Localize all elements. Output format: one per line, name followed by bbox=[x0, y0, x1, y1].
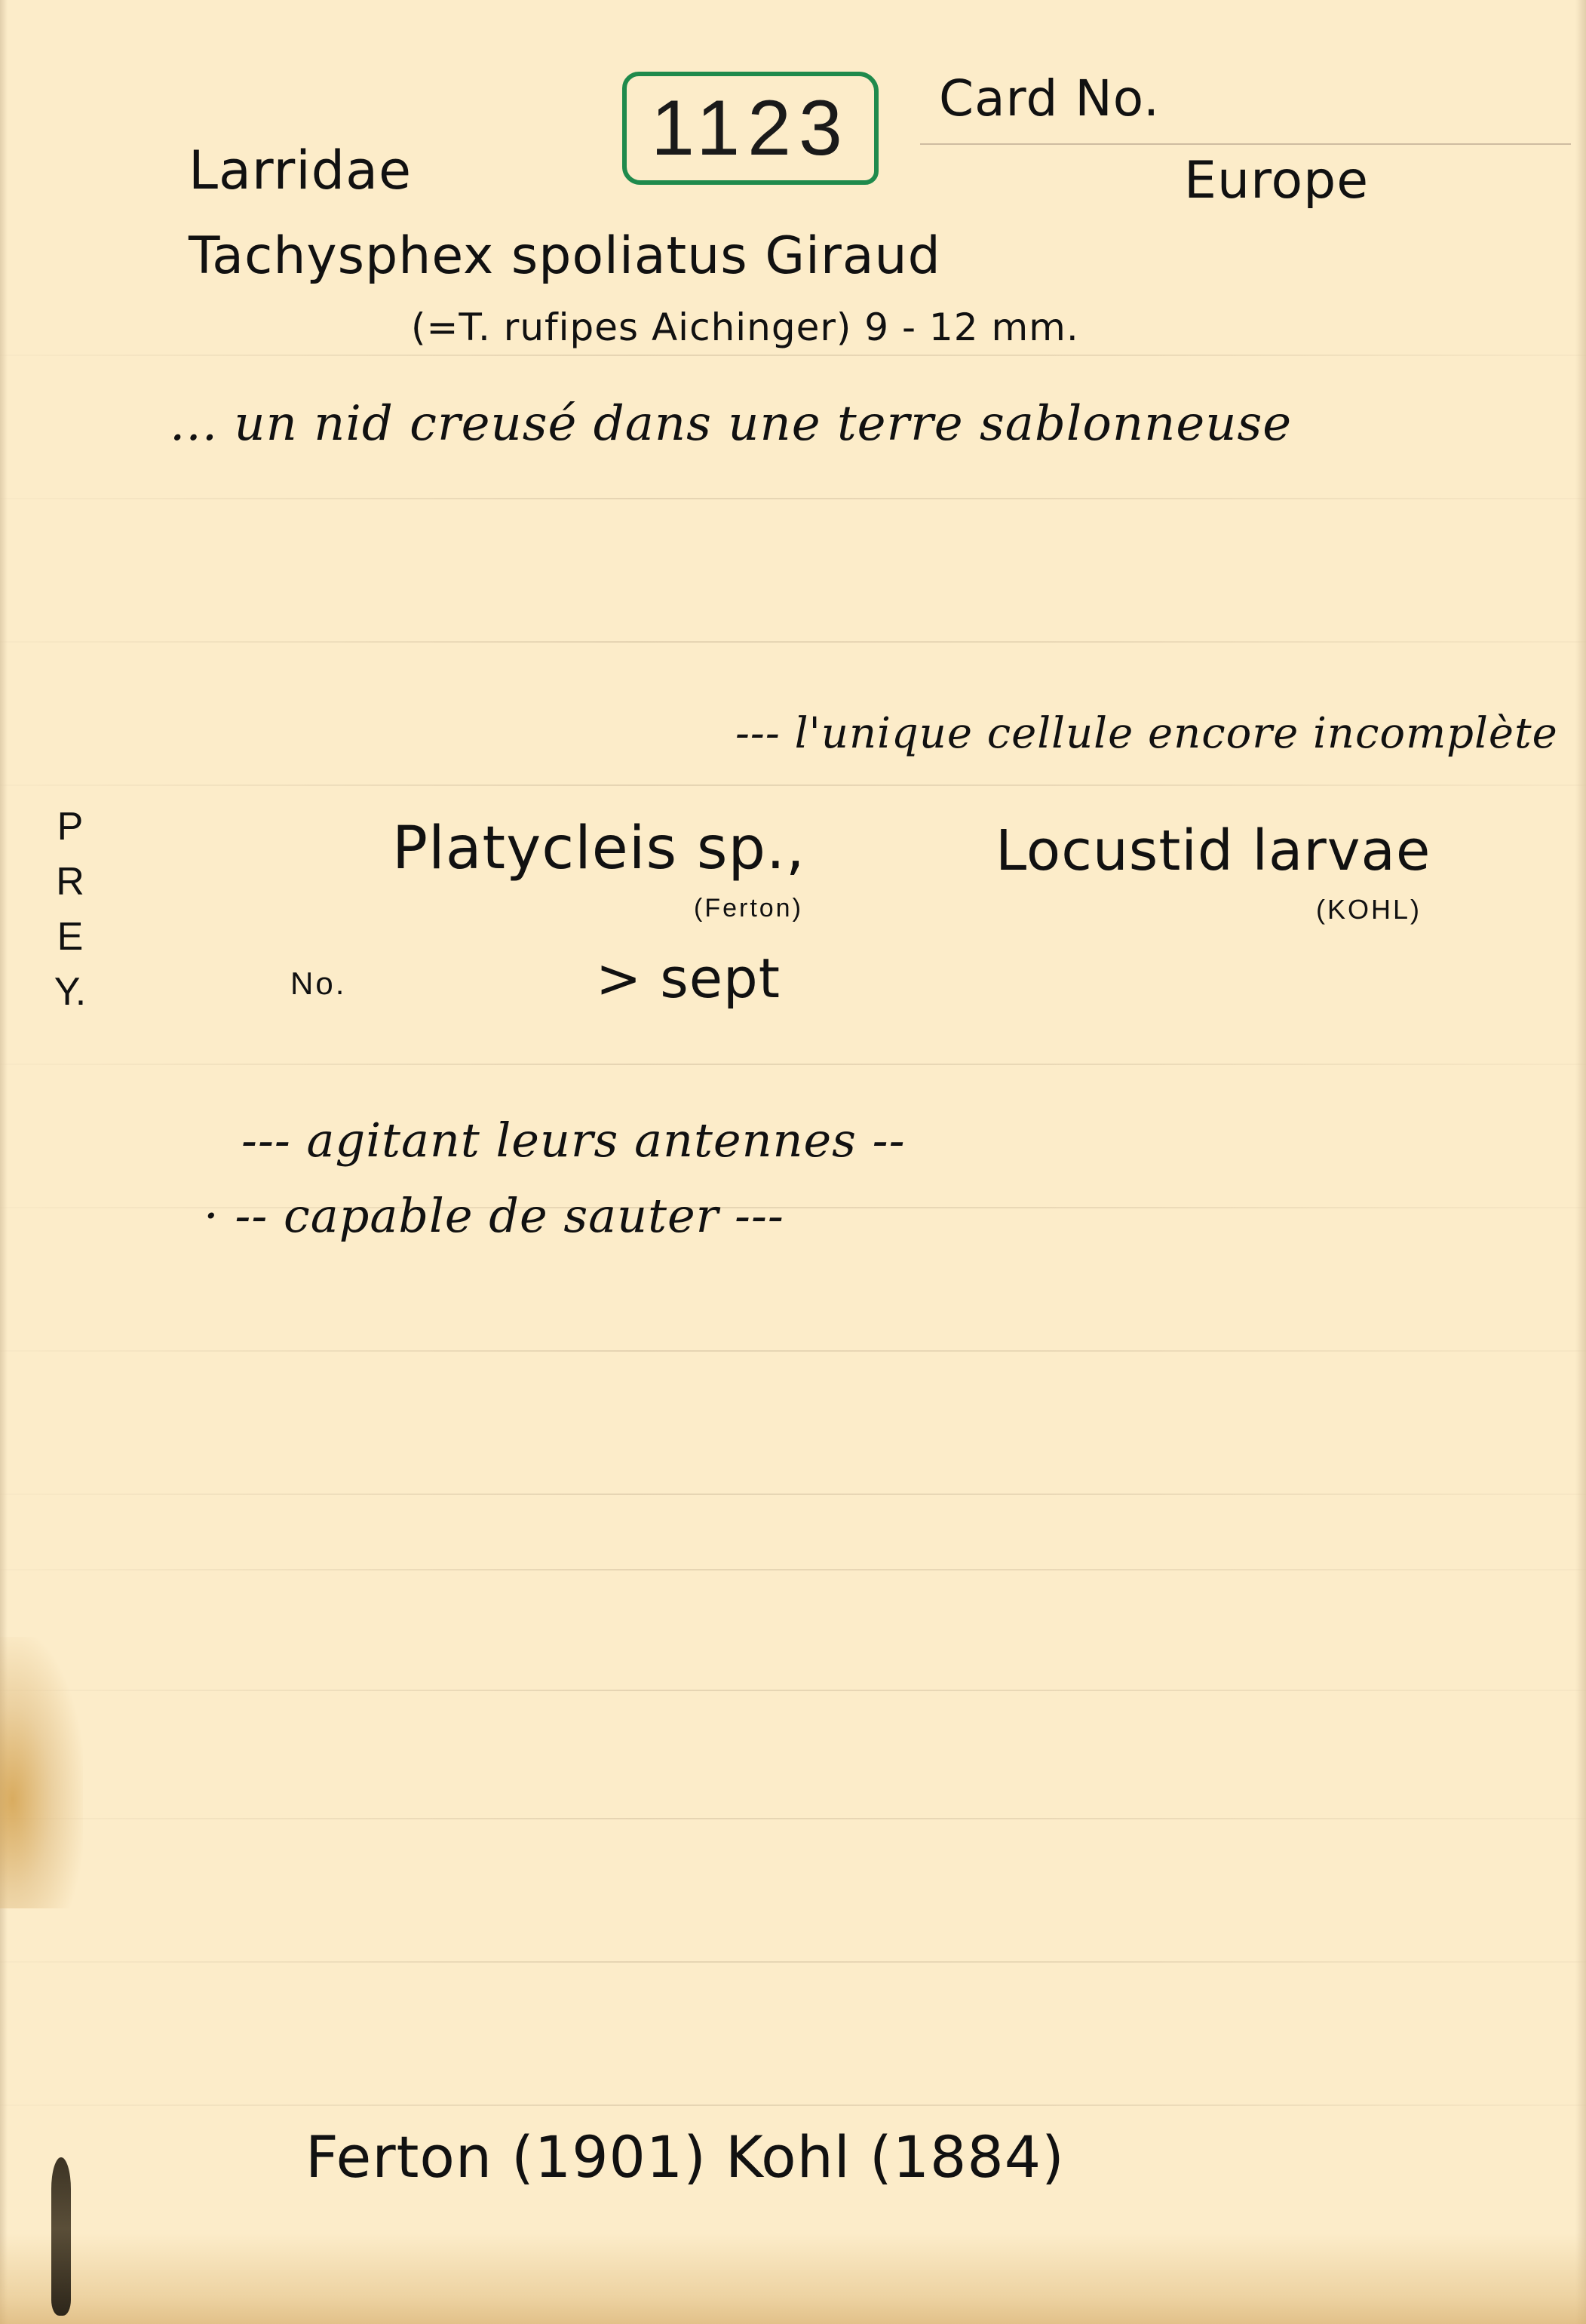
ruled-line bbox=[0, 1350, 1586, 1352]
prey-number-value: > sept bbox=[596, 947, 781, 1010]
paper-edge-right bbox=[1575, 0, 1586, 2324]
behavior-note-jump: · -- capable de sauter --- bbox=[204, 1188, 784, 1243]
prey-letter: Y. bbox=[54, 965, 86, 1020]
prey-item-locustid-source: (KOHL) bbox=[1316, 894, 1422, 926]
prey-item-platycleis-source: (Ferton) bbox=[694, 894, 803, 923]
family-name: Larridae bbox=[189, 140, 412, 201]
ruled-line bbox=[0, 1064, 1586, 1065]
dark-mark bbox=[51, 2157, 71, 2316]
water-stain bbox=[0, 1637, 83, 1908]
bottom-discoloration bbox=[0, 2233, 1586, 2324]
prey-letter: E bbox=[57, 910, 84, 965]
prey-letter: R bbox=[56, 855, 84, 910]
synonym-and-size: (=T. rufipes Aichinger) 9 - 12 mm. bbox=[411, 305, 1079, 349]
ruled-line bbox=[0, 1569, 1586, 1570]
ruled-line bbox=[0, 784, 1586, 786]
prey-item-locustid: Locustid larvae bbox=[995, 818, 1431, 883]
card-number: 1123 bbox=[651, 89, 850, 167]
ruled-line bbox=[0, 2104, 1586, 2106]
ruled-line bbox=[0, 641, 1586, 643]
prey-item-platycleis: Platycleis sp., bbox=[392, 815, 805, 883]
species-name: Tachysphex spoliatus Giraud bbox=[189, 226, 941, 286]
ruled-line bbox=[0, 498, 1586, 499]
ruled-line bbox=[0, 1961, 1586, 1963]
prey-letter: P bbox=[57, 800, 84, 855]
ruled-line bbox=[0, 1690, 1586, 1691]
ruled-line bbox=[0, 355, 1586, 356]
prey-number-label: No. bbox=[290, 966, 346, 1002]
card-number-box: 1123 bbox=[622, 72, 879, 185]
prey-side-label: P R E Y. bbox=[51, 800, 89, 1020]
paper-edge-left bbox=[0, 0, 8, 2324]
card-no-label: Card No. bbox=[939, 69, 1160, 127]
region: Europe bbox=[1184, 151, 1369, 210]
nest-note: ... un nid creusé dans une terre sablonn… bbox=[170, 396, 1292, 452]
ruled-line bbox=[0, 1494, 1586, 1495]
index-card: Larridae 1123 Card No. Europe Tachysphex… bbox=[0, 0, 1586, 2324]
ruled-line bbox=[0, 1818, 1586, 1819]
references: Ferton (1901) Kohl (1884) bbox=[305, 2123, 1065, 2190]
behavior-note-antennae: --- agitant leurs antennes -- bbox=[241, 1113, 906, 1168]
card-no-rule bbox=[920, 143, 1571, 145]
cell-note: --- l'unique cellule encore incomplète bbox=[735, 709, 1558, 758]
